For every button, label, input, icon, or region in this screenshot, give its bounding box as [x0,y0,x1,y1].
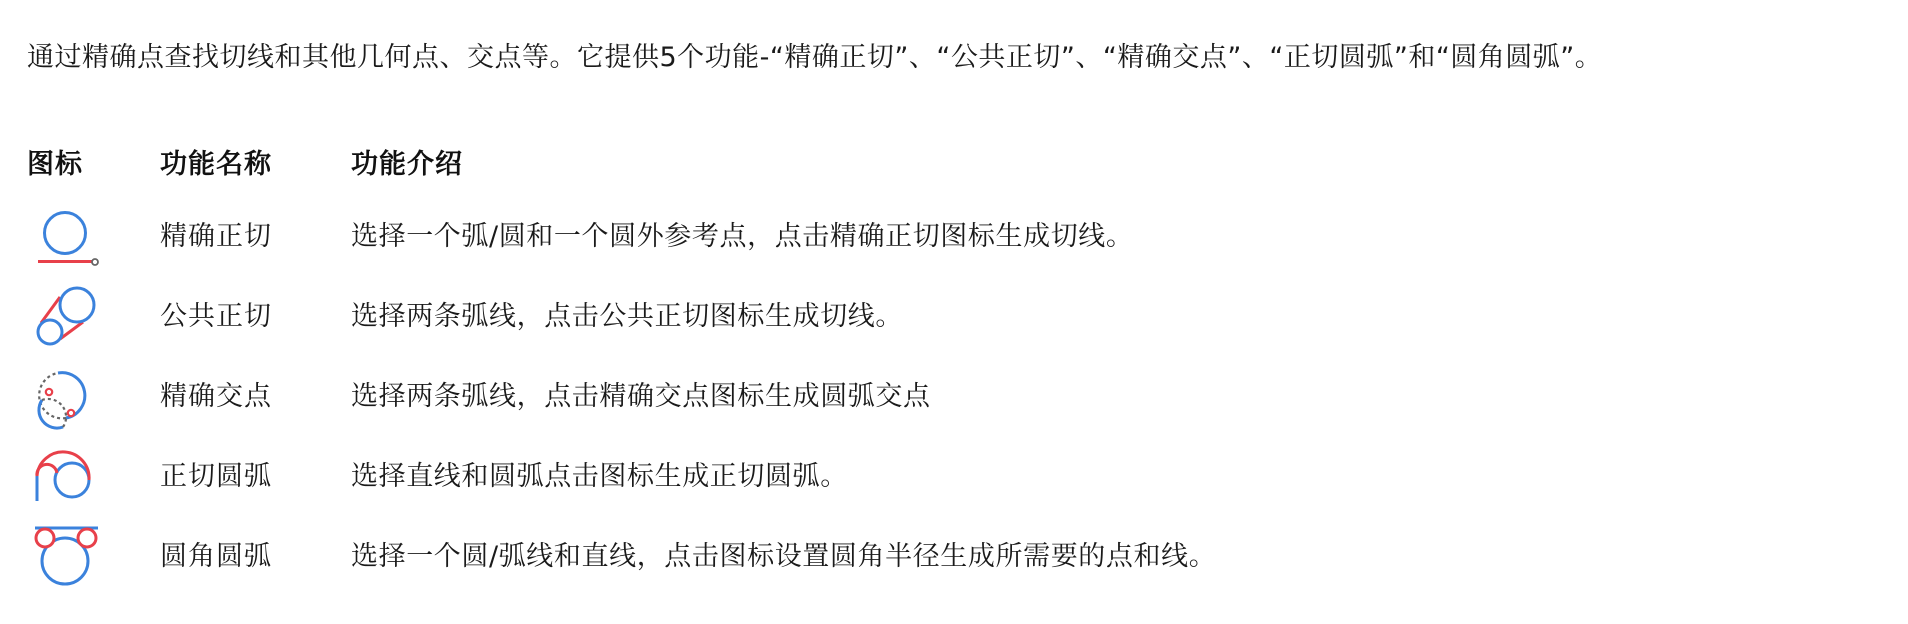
feature-name: 正切圆弧 [160,459,272,495]
table-row: 正切圆弧 选择直线和圆弧点击图标生成正切圆弧。 [0,440,1908,520]
feature-description: 选择一个弧/圆和一个圆外参考点，点击精确正切图标生成切线。 [351,219,1134,255]
column-header-icon: 图标 [27,147,83,183]
column-header-description: 功能介绍 [351,147,463,183]
precise-tangent-icon [22,200,112,275]
precise-intersection-icon [22,360,112,435]
intro-paragraph: 通过精确点查找切线和其他几何点、交点等。它提供5个功能-“精确正切”、“公共正切… [27,40,1602,76]
feature-name: 圆角圆弧 [160,539,272,575]
feature-name: 公共正切 [160,299,272,335]
feature-description: 选择两条弧线，点击精确交点图标生成圆弧交点 [351,379,931,415]
column-header-name: 功能名称 [160,147,272,183]
tangent-arc-icon [22,440,112,515]
feature-name: 精确正切 [160,219,272,255]
feature-description: 选择一个圆/弧线和直线，点击图标设置圆角半径生成所需要的点和线。 [351,539,1216,575]
table-row: 公共正切 选择两条弧线，点击公共正切图标生成切线。 [0,280,1908,360]
feature-description: 选择两条弧线，点击公共正切图标生成切线。 [351,299,903,335]
feature-description: 选择直线和圆弧点击图标生成正切圆弧。 [351,459,848,495]
table-row: 精确交点 选择两条弧线，点击精确交点图标生成圆弧交点 [0,360,1908,440]
common-tangent-icon [22,280,112,355]
fillet-arc-icon [22,520,112,595]
feature-name: 精确交点 [160,379,272,415]
table-row: 精确正切 选择一个弧/圆和一个圆外参考点，点击精确正切图标生成切线。 [0,200,1908,280]
table-row: 圆角圆弧 选择一个圆/弧线和直线，点击图标设置圆角半径生成所需要的点和线。 [0,520,1908,600]
